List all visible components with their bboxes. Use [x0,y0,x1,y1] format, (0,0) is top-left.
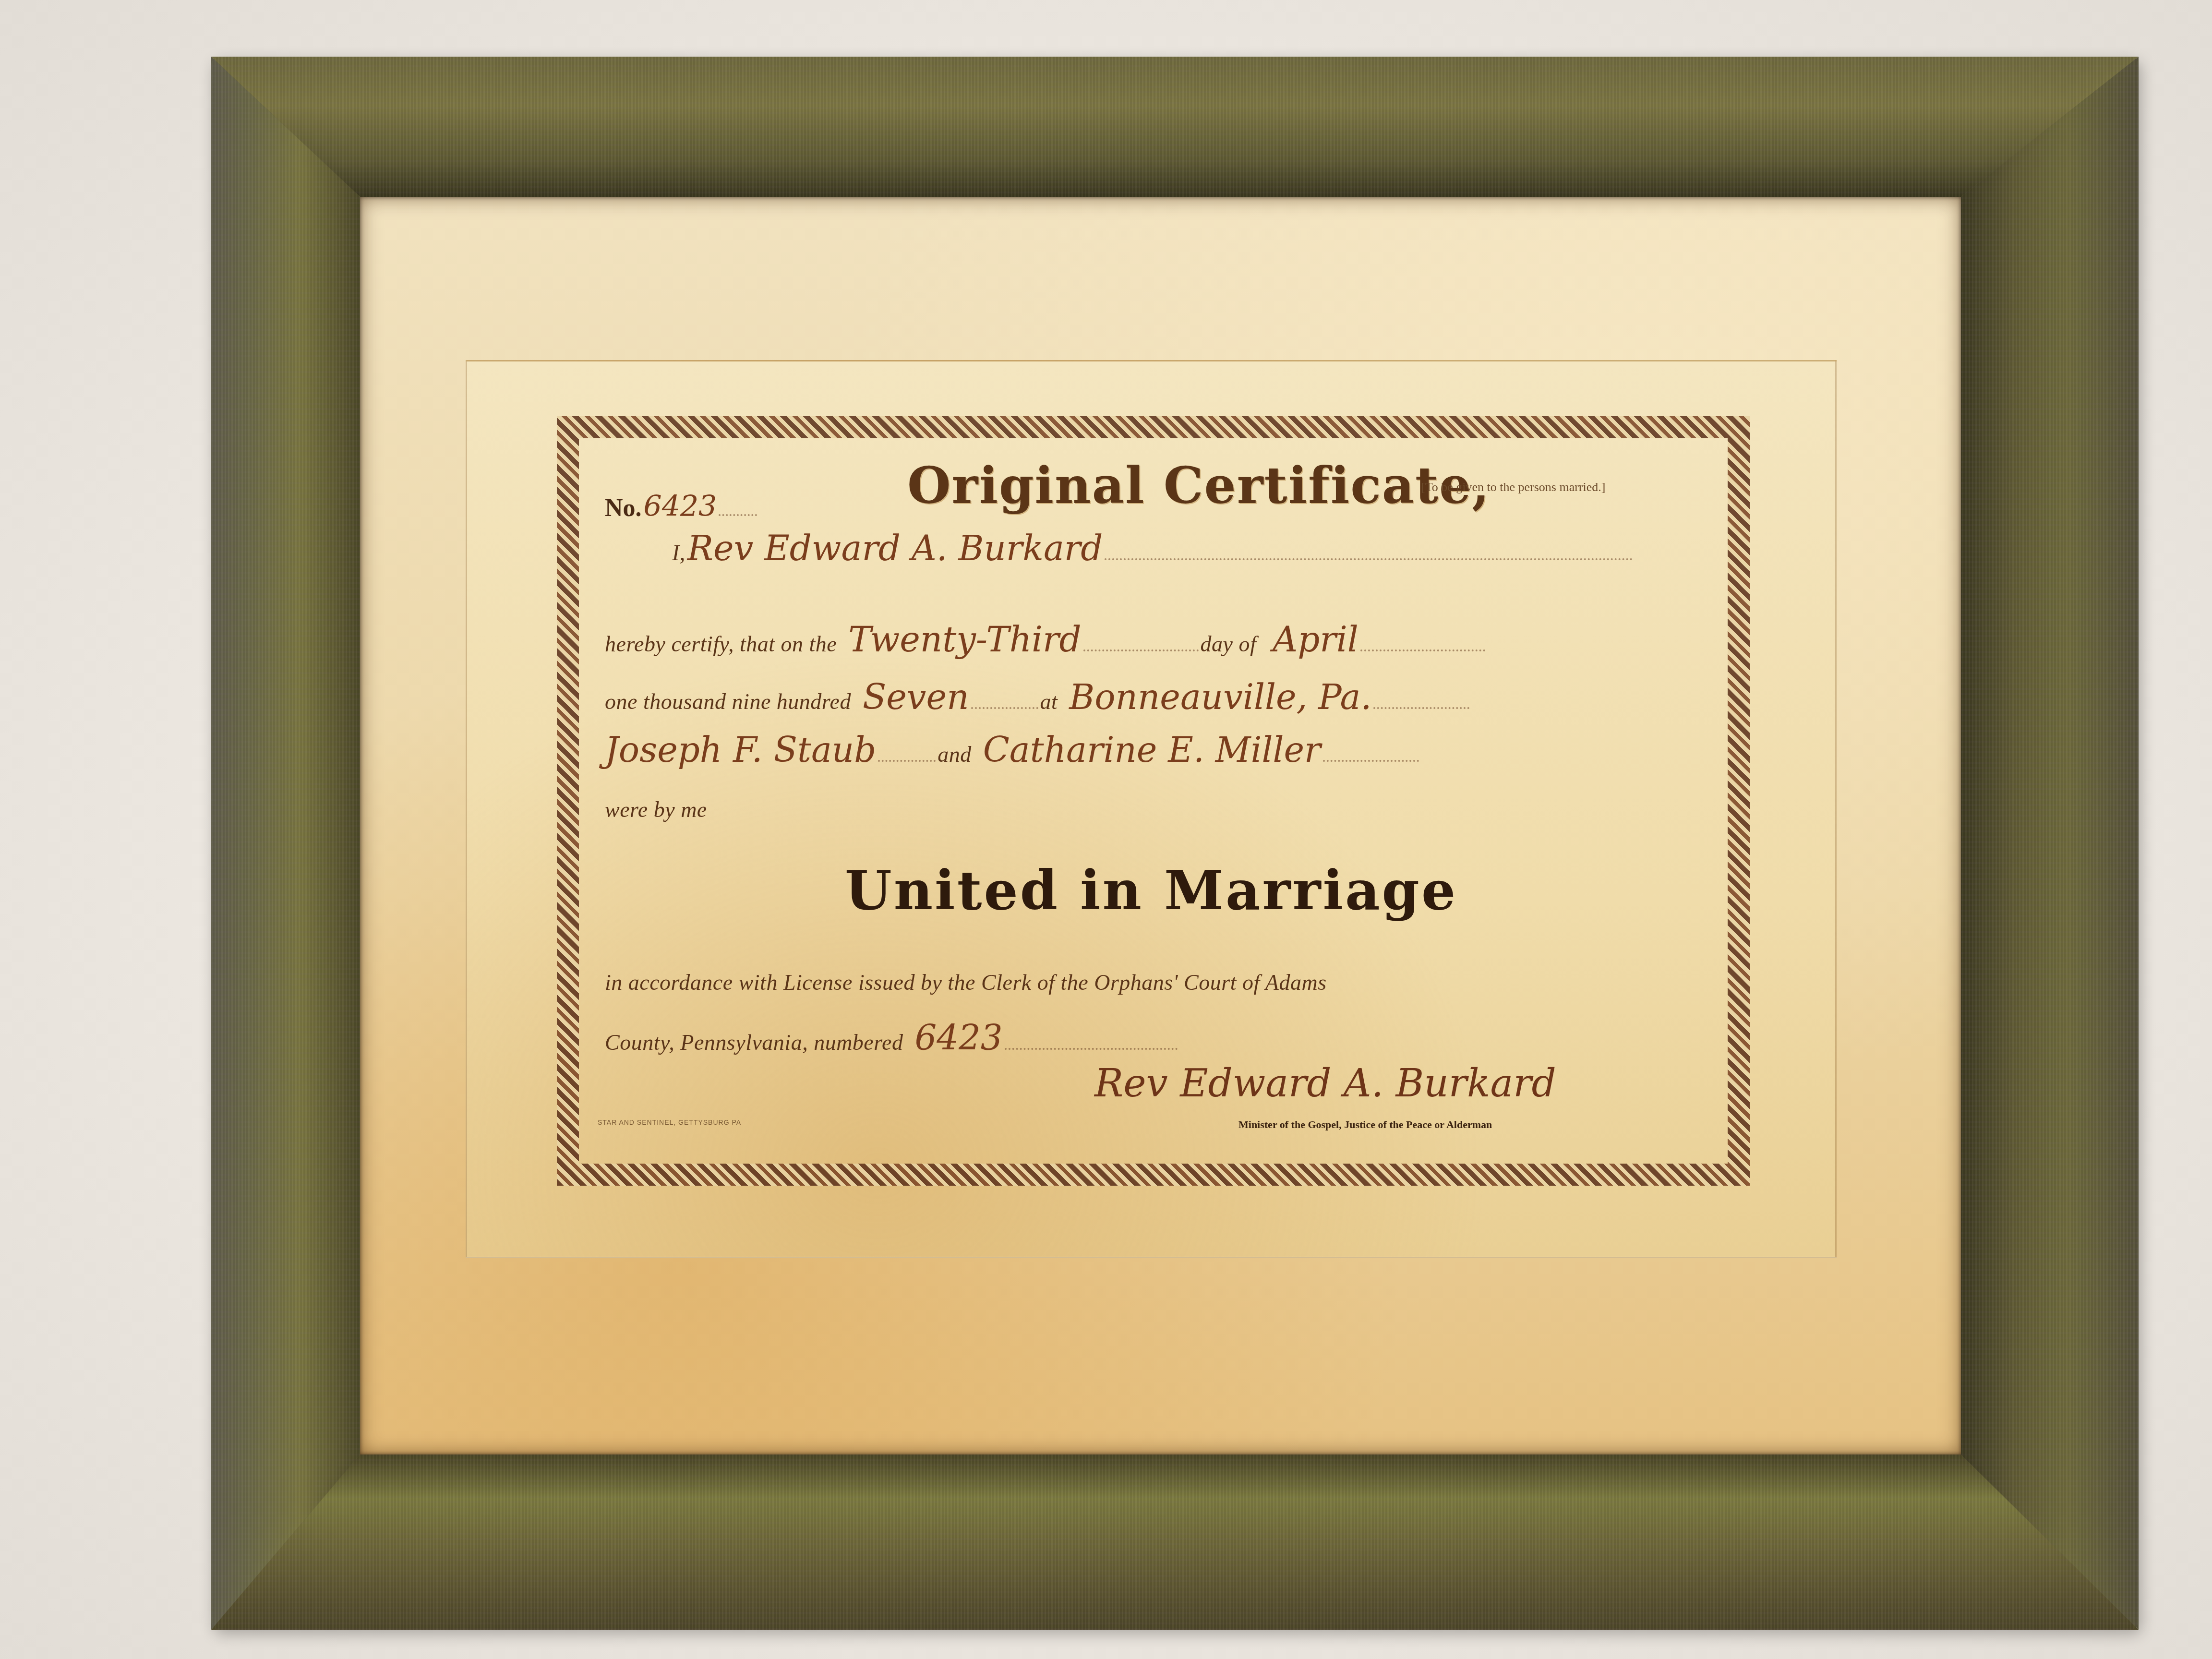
number-label: No. [605,494,642,522]
at-label: at [1040,689,1058,714]
frame-left-rail [211,57,360,1630]
month-dotted-line [1360,649,1485,651]
groom-dotted-line [878,759,936,762]
license-number: 6423 [914,1018,1002,1058]
title-note: [To be given to the persons married.] [1421,480,1605,494]
signature-title: Minister of the Gospel, Justice of the P… [1238,1118,1492,1131]
and-label: and [938,742,972,767]
license-dotted-line [1005,1047,1178,1050]
officiant-prefix: I, [672,541,685,565]
number-dotted-line [719,514,757,516]
were-by-me-row: were by me [605,797,707,822]
date-prefix: hereby certify, that on the [605,632,837,656]
license-text-1: in accordance with License issued by the… [605,970,1327,995]
groom-name: Joseph F. Staub [605,730,876,770]
frame-right-rail [1961,57,2139,1630]
names-row: Joseph F. Staub and Catharine E. Miller [605,730,1419,770]
day-dotted-line [1083,649,1199,651]
place-dotted-line [1373,707,1469,709]
officiant-dotted-line [1105,558,1633,560]
certificate-number: 6423 [644,490,717,523]
license-line-2: County, Pennsylvania, numbered 6423 [605,1018,1178,1058]
frame-bottom-rail [211,1455,2139,1630]
officiant-name: Rev Edward A. Burkard [687,528,1103,568]
year-value: Seven [863,677,969,717]
year-dotted-line [971,707,1038,709]
license-text-2: County, Pennsylvania, numbered [605,1030,903,1055]
officiant-signature: Rev Edward A. Burkard [1094,1061,1556,1106]
day-of-label: day of [1201,632,1257,656]
license-line-1: in accordance with License issued by the… [605,970,1327,995]
year-prefix: one thousand nine hundred [605,689,851,714]
frame-top-rail [211,57,2139,197]
month-value: April [1273,619,1358,660]
bride-dotted-line [1323,759,1419,762]
bride-name: Catharine E. Miller [983,730,1321,770]
certificate-number-row: No. 6423 [605,490,757,523]
were-by-me-text: were by me [605,797,707,822]
day-value: Twenty-Third [848,619,1081,660]
certificate-content: No. 6423 Original Certificate, [To be gi… [605,461,1704,1142]
year-place-row: one thousand nine hundred Seven at Bonne… [605,677,1469,717]
place-value: Bonneauville, Pa. [1069,677,1371,717]
united-in-marriage-heading: United in Marriage [845,859,1457,922]
certificate-title: Original Certificate, [907,456,1491,515]
officiant-row: I, Rev Edward A. Burkard [672,528,1633,568]
printer-imprint: STAR AND SENTINEL, GETTYSBURG PA [598,1118,741,1126]
date-row: hereby certify, that on the Twenty-Third… [605,619,1485,660]
